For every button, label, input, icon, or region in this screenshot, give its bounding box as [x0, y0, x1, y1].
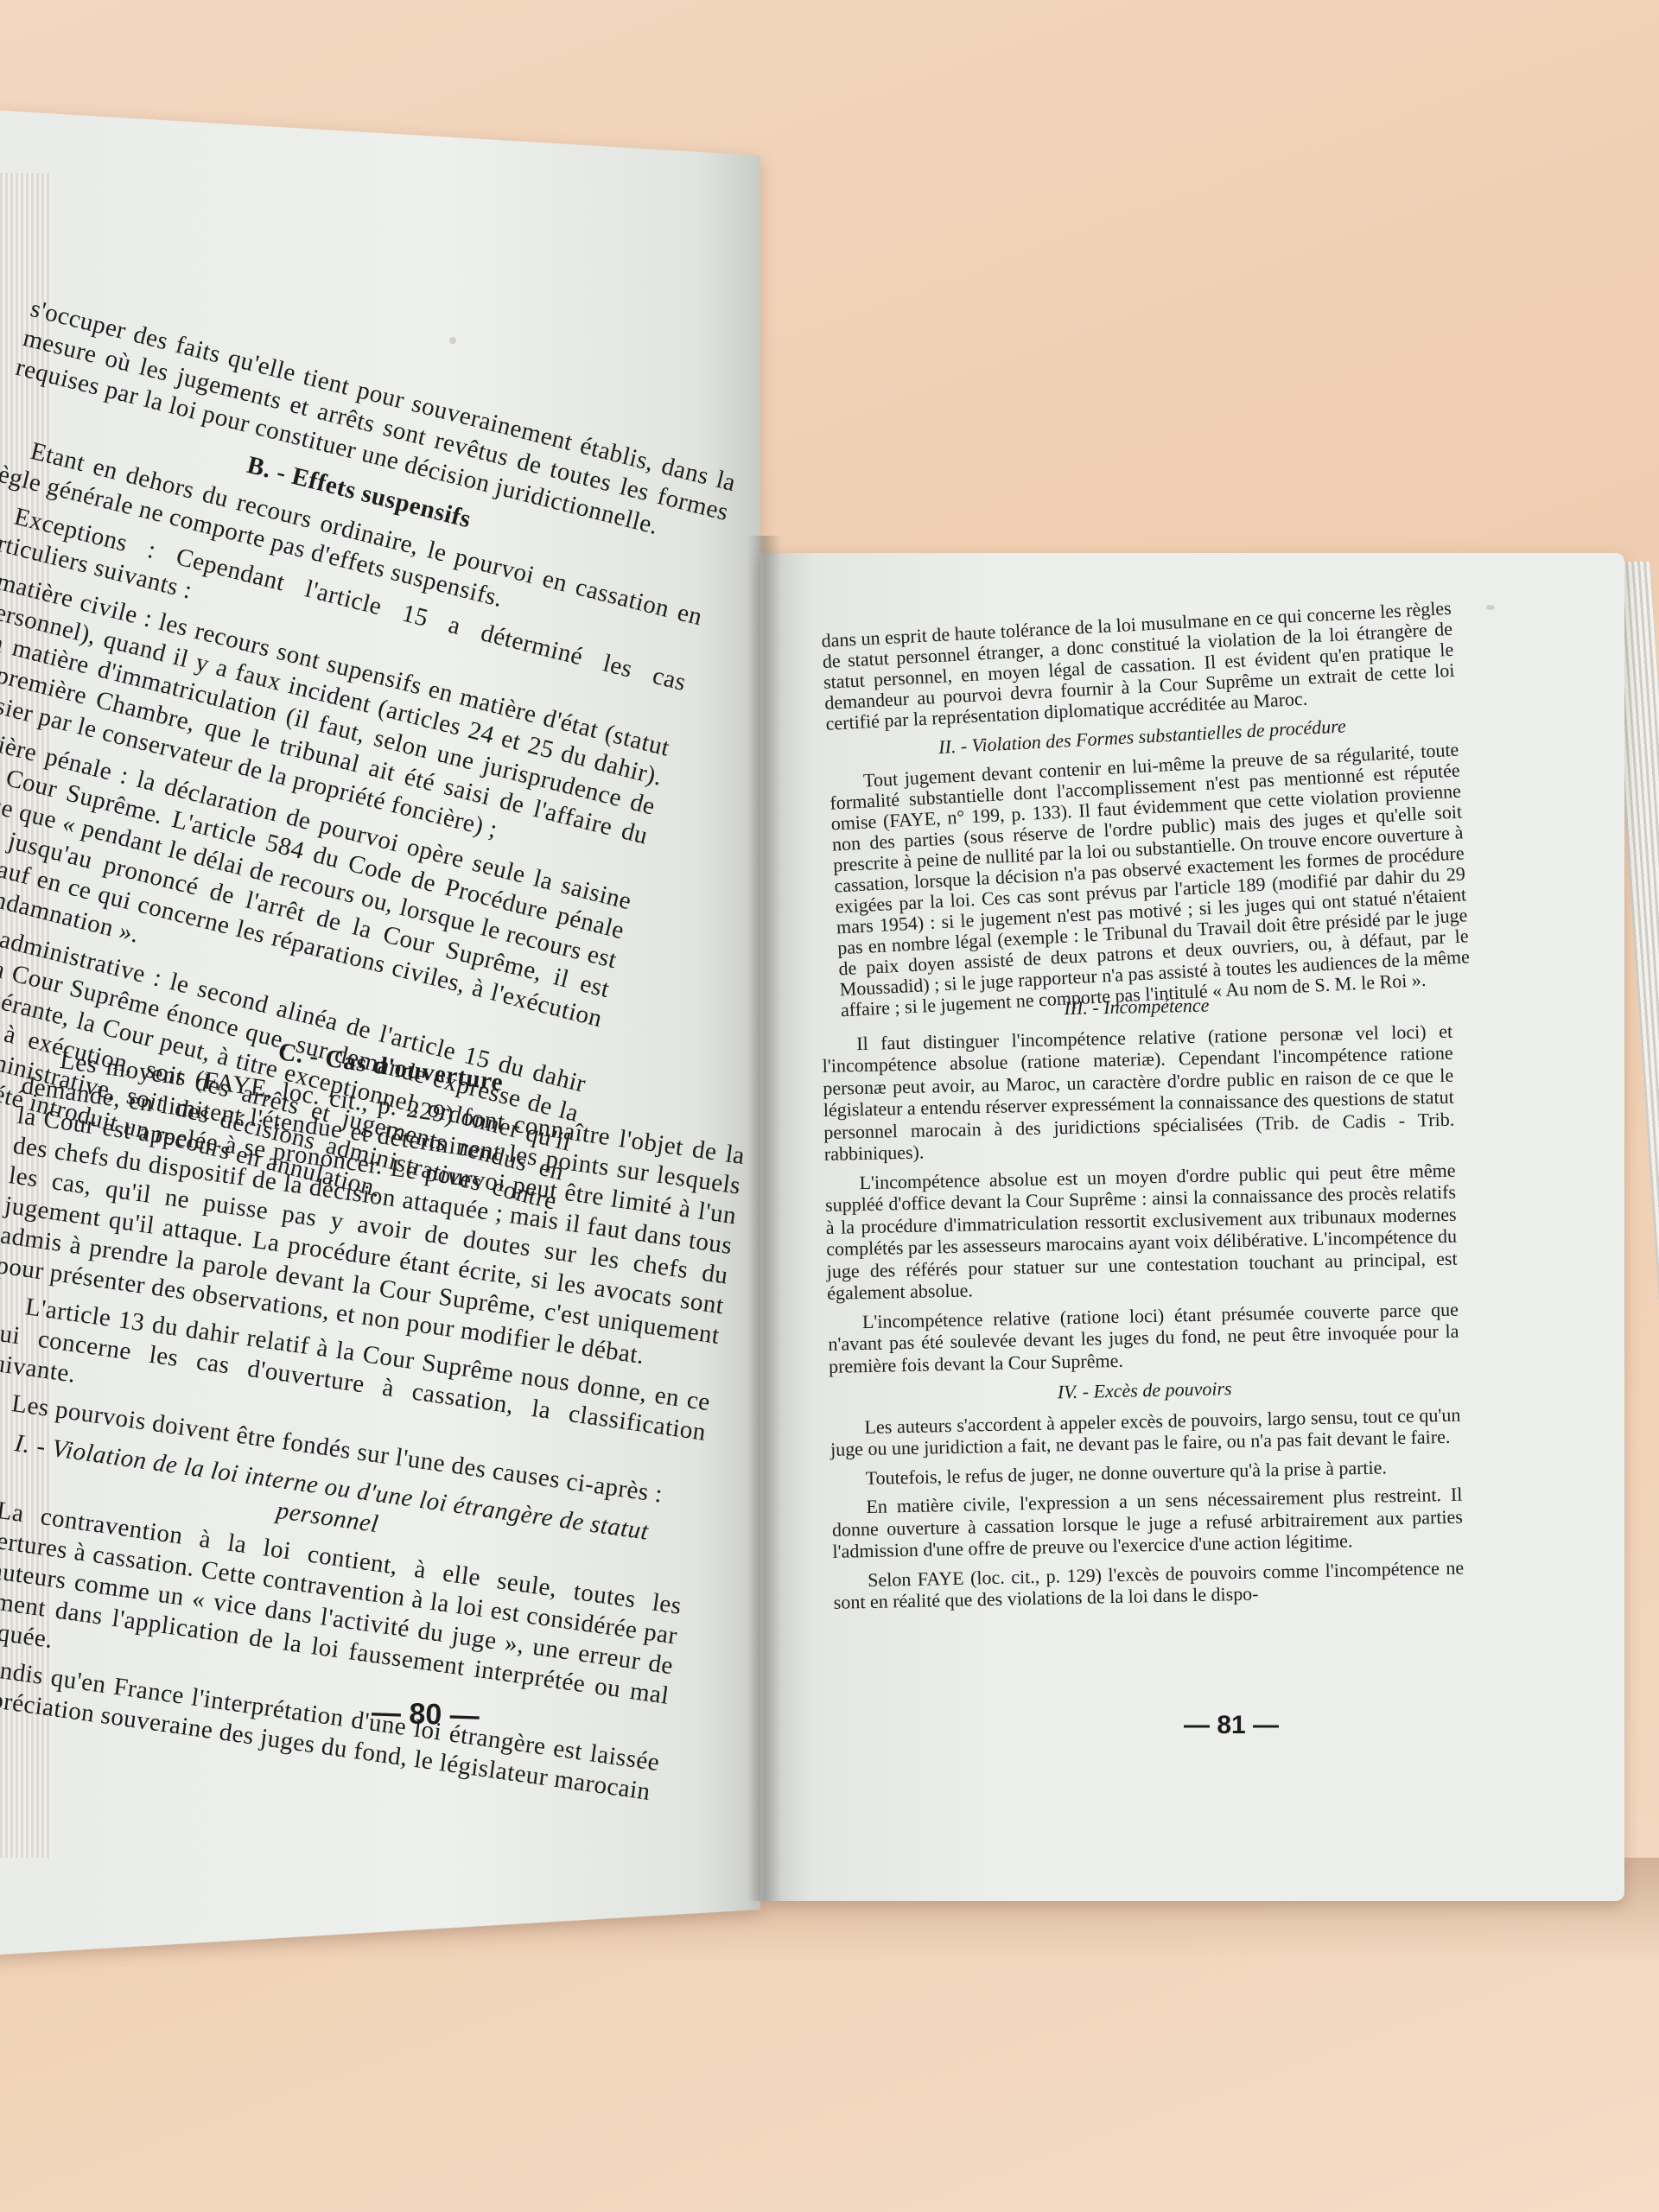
paragraph: Tout jugement devant contenir en lui-mêm…	[829, 740, 1471, 1021]
section-heading-iii: III. - Incompétence	[821, 989, 1452, 1025]
left-page-lower-text: C. - Cas d'ouverture Les moyens (FAYE, l…	[0, 994, 753, 1815]
paragraph: Les auteurs s'accordent à appeler excès …	[829, 1403, 1461, 1460]
paper-stain	[1486, 605, 1495, 610]
paragraph: L'incompétence relative (ratione loci) é…	[828, 1298, 1459, 1377]
paragraph: Selon FAYE (loc. cit., p. 129) l'excès d…	[833, 1556, 1465, 1613]
right-page-lower-text: III. - Incompétence Il faut distinguer l…	[821, 981, 1465, 1621]
paper-stain	[449, 337, 456, 344]
paragraph: En matière civile, l'expression a un sen…	[831, 1484, 1463, 1563]
book-gutter	[747, 536, 782, 1901]
paragraph: L'incompétence absolue est un moyen d'or…	[824, 1159, 1458, 1304]
section-heading-iv: IV. - Excès de pouvoirs	[829, 1373, 1460, 1408]
right-page-upper-text: dans un esprit de haute tolérance de la …	[821, 598, 1471, 1028]
page-number-left: — 80 —	[371, 1696, 480, 1733]
page-number-right: — 81 —	[1184, 1711, 1279, 1740]
paragraph: Toutefois, le refus de juger, ne donne o…	[830, 1454, 1461, 1490]
paragraph: Il faut distinguer l'incompétence relati…	[822, 1020, 1455, 1165]
